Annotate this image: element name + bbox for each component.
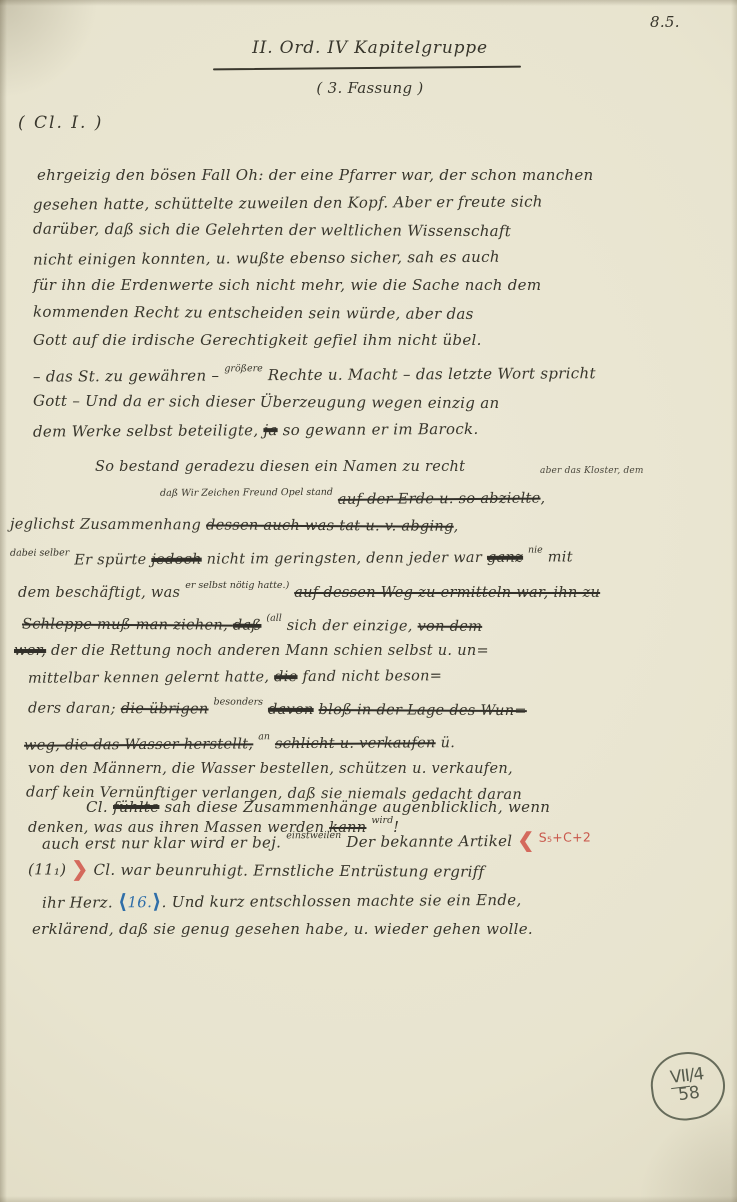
handwriting-line: Schleppe muß man ziehen, daß (all sich d… (10, 604, 610, 641)
handwriting-line: nicht einigen konnten, u. wußte ebenso s… (33, 243, 553, 274)
paragraph-2: So bestand geradezu diesen ein Namen zu … (10, 455, 610, 841)
handwriting-run: Rechte u. Macht – das letzte Wort sprich… (263, 364, 596, 384)
handwriting-line: dem beschäftigt, was er selbst nötig hat… (10, 573, 610, 606)
handwriting-run: fühlte (113, 798, 159, 816)
handwriting-run: ❯ (71, 857, 88, 881)
handwriting-line: dem Werke selbst beteiligte, ja so gewan… (33, 415, 553, 446)
chapter-heading: II. Ord. IV Kapitelgruppe (215, 38, 525, 58)
handwriting-run: schlicht u. verkaufen (275, 735, 436, 752)
handwriting-run: sah diese Zusammenhänge augenblicklich, … (159, 798, 550, 816)
handwriting-run: dem Werke selbst beteiligte, (33, 421, 264, 440)
handwriting-run: , (454, 519, 459, 535)
handwriting-run: sich der einzige, (282, 618, 418, 635)
handwriting-run: Gott – Und da er sich dieser Überzeugung… (33, 392, 500, 412)
handwriting-run: (11₁) (28, 860, 71, 878)
heading-underline (213, 66, 521, 71)
handwriting-line: Gott – Und da er sich dieser Überzeugung… (33, 388, 553, 418)
handwriting-line: von den Männern, die Wasser bestellen, s… (10, 757, 610, 782)
handwriting-run: von den Männern, die Wasser bestellen, s… (28, 761, 513, 777)
handwriting-line: jeglichst Zusammenhang dessen auch was t… (10, 512, 610, 541)
handwriting-line: ehrgeizig den bösen Fall Oh: der eine Pf… (33, 162, 553, 190)
handwriting-run: bloß in der Lage des Wun= (319, 702, 527, 719)
handwriting-line: – das St. zu gewähren – größere Rechte u… (33, 353, 553, 391)
handwriting-run: auf der Erde u. so abzielte (338, 491, 541, 508)
handwriting-run: dabei selber (10, 548, 69, 559)
handwriting-line: für ihn die Erdenwerte sich nicht mehr, … (33, 272, 553, 300)
handwriting-run: die übrigen (121, 701, 209, 717)
margin-note-left: ( Cl. I. ) (18, 113, 103, 133)
handwriting-line: So bestand geradezu diesen ein Namen zu … (10, 455, 610, 480)
handwriting-run: ehrgeizig den bösen Fall Oh: der eine Pf… (37, 166, 594, 184)
handwriting-line: kommenden Recht zu entscheiden sein würd… (33, 298, 553, 328)
handwriting-line: auch erst nur klar wird er bej. einstwei… (28, 820, 648, 858)
stamp-line-2: 58 (677, 1085, 701, 1105)
handwriting-line: ders daran; die übrigen besonders davon … (10, 689, 610, 726)
handwriting-run: mittelbar kennen gelernt hatte, (28, 669, 274, 687)
handwriting-run: von dem (418, 619, 483, 635)
handwriting-line: dabei selber Er spürte jedoch nicht im g… (10, 537, 610, 574)
handwriting-run: daß Wir Zeichen Freund Opel stand (160, 487, 333, 499)
handwriting-run: nicht im geringsten, denn jeder war (202, 550, 487, 568)
handwriting-run: kommenden Recht zu entscheiden sein würd… (33, 302, 474, 322)
page-number: 8.5. (650, 13, 680, 31)
handwriting-run: ihr Herz. (42, 893, 118, 911)
handwriting-run: an (258, 731, 270, 742)
handwriting-run: der die Rettung noch anderen Mann schien… (46, 643, 489, 659)
handwriting-run: nie (528, 545, 543, 556)
handwriting-line: gesehen hatte, schüttelte zuweilen den K… (33, 188, 553, 219)
handwriting-line: darüber, daß sich die Gelehrten der welt… (33, 216, 553, 246)
handwriting-run: einstweilen (286, 829, 341, 840)
handwriting-run: Cl. war beunruhigt. Ernstliche Entrüstun… (88, 861, 484, 881)
handwriting-line: weg, die das Wasser herstellt, an schlic… (10, 722, 610, 759)
handwriting-run: nicht einigen konnten, u. wußte ebenso s… (33, 247, 500, 268)
handwriting-run: ja (263, 421, 277, 439)
paragraph-1: ehrgeizig den bösen Fall Oh: der eine Pf… (33, 162, 553, 444)
handwriting-run: mit (543, 550, 573, 566)
handwriting-line: ihr Herz. ⟨16.⟩. Und kurz entschlossen m… (28, 884, 648, 917)
handwriting-run: 16. (127, 893, 152, 911)
handwriting-run: weg, die das Wasser herstellt, (24, 736, 253, 753)
handwriting-line: mittelbar kennen gelernt hatte, die fand… (10, 663, 610, 692)
handwriting-run: die (274, 669, 298, 685)
handwriting-run: auf dessen Weg zu ermitteln war, ihn zu (294, 585, 600, 601)
handwriting-run: gesehen hatte, schüttelte zuweilen den K… (33, 192, 543, 213)
handwriting-line: Cl. fühlte sah diese Zusammenhänge augen… (28, 793, 648, 822)
handwriting-run: für ihn die Erdenwerte sich nicht mehr, … (33, 276, 541, 294)
handwriting-run: größere (224, 363, 263, 374)
handwriting-run: Cl. (86, 798, 113, 816)
handwriting-run: ⟩ (152, 889, 162, 913)
handwriting-run: Er spürte (69, 552, 151, 569)
handwriting-run: ders daran; (28, 701, 121, 717)
handwriting-run: Der bekannte Artikel (341, 831, 517, 850)
handwriting-run: er selbst nötig hatte.) (185, 580, 289, 591)
handwriting-run: . Und kurz entschlossen machte sie ein E… (162, 890, 522, 910)
handwriting-line: Gott auf die irdische Gerechtigkeit gefi… (33, 327, 553, 355)
handwriting-run: darüber, daß sich die Gelehrten der welt… (33, 220, 511, 241)
manuscript-page: 8.5. II. Ord. IV Kapitelgruppe ( 3. Fass… (0, 0, 737, 1202)
handwriting-run: So bestand geradezu diesen ein Namen zu … (95, 459, 465, 475)
handwriting-run: – das St. zu gewähren – (33, 366, 224, 385)
handwriting-run: S₅+C+2 (534, 829, 591, 844)
handwriting-run: wer, (14, 643, 46, 659)
handwriting-run: jeglichst Zusammenhang (10, 516, 206, 533)
handwriting-line: (11₁) ❯ Cl. war beunruhigt. Ernstliche E… (28, 854, 648, 887)
handwriting-line: wer, der die Rettung noch anderen Mann s… (10, 639, 610, 664)
handwriting-line: daß Wir Zeichen Freund Opel stand auf de… (10, 479, 610, 516)
handwriting-run: erklärend, daß sie genug gesehen habe, u… (32, 920, 533, 938)
handwriting-run: Schleppe muß man ziehen, (22, 617, 233, 634)
handwriting-run: dessen auch was tat u. v. abging (206, 517, 454, 534)
handwriting-run: daß (233, 618, 262, 634)
handwriting-run: ü. (436, 735, 456, 751)
handwriting-run: Gott auf die irdische Gerechtigkeit gefi… (33, 331, 482, 349)
handwriting-run: besonders (214, 697, 264, 708)
handwriting-run: auch erst nur klar wird er bej. (42, 833, 286, 852)
handwriting-run: ganz (487, 550, 523, 566)
paragraph-3: Cl. fühlte sah diese Zusammenhänge augen… (28, 793, 648, 944)
handwriting-run: so gewann er im Barock. (278, 419, 479, 438)
handwriting-run: ❮ (517, 827, 534, 851)
handwriting-run: (all (266, 613, 282, 624)
archive-stamp: VII/4 58 (647, 1048, 729, 1125)
handwriting-run: fand nicht beson= (297, 668, 442, 685)
chapter-subheading: ( 3. Fassung ) (215, 79, 525, 97)
handwriting-run: , (540, 491, 545, 507)
handwriting-run: jedoch (151, 552, 201, 568)
handwriting-line: erklärend, daß sie genug gesehen habe, u… (28, 915, 648, 944)
handwriting-run: dem beschäftigt, was (18, 585, 185, 601)
handwriting-run: davon (268, 702, 314, 718)
